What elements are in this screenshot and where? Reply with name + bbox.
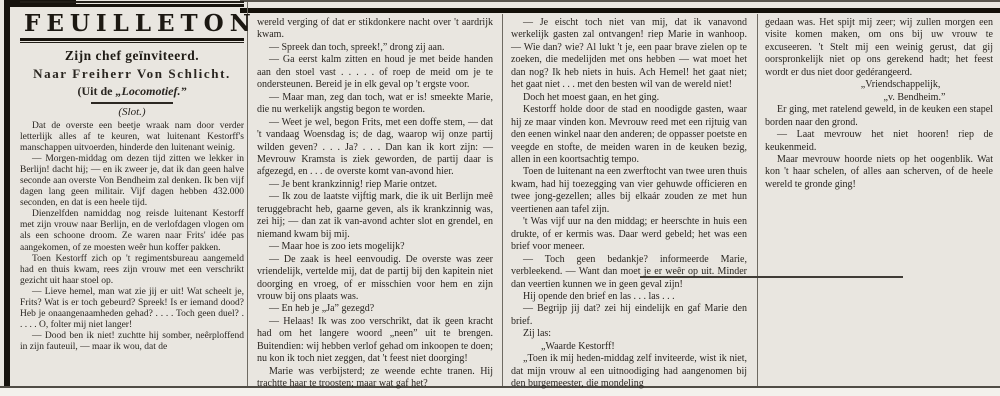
story-source: (Uit de „Locomotief.” [20, 84, 244, 99]
column-divider-3 [757, 14, 758, 387]
paragraph: — Morgen-middag om dezen tijd zitten we … [20, 154, 244, 209]
paragraph: 't Was vijf uur na den middag; er heersc… [511, 216, 747, 253]
source-publication: „Locomotief.” [116, 84, 187, 98]
paragraph: — Spreek dan toch, spreek!,” drong zij a… [257, 42, 493, 54]
paragraph: Zij las: [511, 328, 747, 340]
paragraph: Marie was verbijsterd; ze weende echte t… [257, 366, 493, 391]
installment-label: (Slot.) [20, 106, 244, 118]
paragraph: Maar mevrouw hoorde niets op het oogenbl… [765, 154, 993, 191]
paragraph: — En heb je „Ja” gezegd? [257, 303, 493, 315]
paragraph: — Begrijp jij dat? zei hij eindelijk en … [511, 303, 747, 328]
column-3-text: — Je eischt toch niet van mij, dat ik va… [511, 17, 747, 391]
paragraph: Toen Kestorff zich op 't regimentsbureau… [20, 254, 244, 287]
masthead-bottom-rule [20, 38, 244, 43]
column-4-text: gedaan was. Het spijt mij zeer; wij zull… [765, 17, 993, 191]
paragraph: Kestorff holde door de stad en noodigde … [511, 104, 747, 166]
newspaper-page: FEUILLETON Zijn chef geïnviteerd. Naar F… [0, 0, 1000, 396]
column-4: gedaan was. Het spijt mij zeer; wij zull… [765, 0, 993, 191]
paragraph: — Ga eerst kalm zitten en houd je met be… [257, 54, 493, 91]
story-title: Zijn chef geïnviteerd. [20, 48, 244, 64]
paragraph: gedaan was. Het spijt mij zeer; wij zull… [765, 17, 993, 79]
paragraph: Doch het moest gaan, en het ging. [511, 92, 747, 104]
bottom-page-margin [0, 388, 1000, 396]
paragraph: Dienzelfden namiddag nog reisde luitenan… [20, 209, 244, 253]
paragraph: — Weet je wel, begon Frits, met een doff… [257, 117, 493, 179]
column-divider-1 [247, 2, 248, 387]
column-2: wereld verging of dat er stikdonkere nac… [257, 0, 493, 391]
paragraph: — Lieve hemel, man wat zie jij er uit! W… [20, 287, 244, 331]
left-page-edge-rule [4, 0, 10, 390]
column-1-text: Dat de overste een beetje wraak nam door… [20, 121, 244, 354]
paragraph: Dat de overste een beetje wraak nam door… [20, 121, 244, 154]
paragraph: — Maar hoe is zoo iets mogelijk? [257, 241, 493, 253]
column-1: FEUILLETON Zijn chef geïnviteerd. Naar F… [20, 0, 244, 353]
paragraph: „v. Bendheim.” [765, 92, 993, 104]
paragraph: — Helaas! Ik was zoo verschrikt, dat ik … [257, 316, 493, 366]
source-prefix: (Uit de [78, 84, 116, 98]
paragraph: Toen de luitenant na een zwerftocht van … [511, 166, 747, 216]
column-3: — Je eischt toch niet van mij, dat ik va… [511, 0, 747, 391]
column-divider-2 [502, 14, 503, 387]
paragraph: — Ik zou de laatste vijftig mark, die ik… [257, 191, 493, 241]
paragraph: Hij opende den brief en las . . . las . … [511, 291, 747, 303]
paragraph: — Laat mevrouw het niet hooren! riep de … [765, 129, 993, 154]
paragraph: — Je bent krankzinnig! riep Marie ontzet… [257, 179, 493, 191]
section-title: FEUILLETON [20, 7, 244, 38]
paragraph: „Toen ik mij heden-middag zelf inviteerd… [511, 353, 747, 390]
paragraph: — De zaak is heel eenvoudig. De overste … [257, 254, 493, 304]
feuilleton-masthead: FEUILLETON Zijn chef geïnviteerd. Naar F… [20, 1, 244, 118]
paragraph: — Maar man, zeg dan toch, wat er is! sme… [257, 92, 493, 117]
masthead-short-rule [91, 102, 173, 104]
paragraph: wereld verging of dat er stikdonkere nac… [257, 17, 493, 42]
paragraph: — Dood ben ik niet! zuchtte hij somber, … [20, 331, 244, 353]
column-2-text: wereld verging of dat er stikdonkere nac… [257, 17, 493, 391]
story-byline: Naar Freiherr Von Schlicht. [20, 66, 244, 82]
paragraph: Er ging, met ratelend geweld, in de keuk… [765, 104, 993, 129]
paragraph: „Vriendschappelijk, [765, 79, 993, 91]
paragraph: „Waarde Kestorff! [511, 341, 747, 353]
paragraph: — Toch geen bedankje? informeerde Marie,… [511, 254, 747, 291]
paragraph: — Je eischt toch niet van mij, dat ik va… [511, 17, 747, 92]
